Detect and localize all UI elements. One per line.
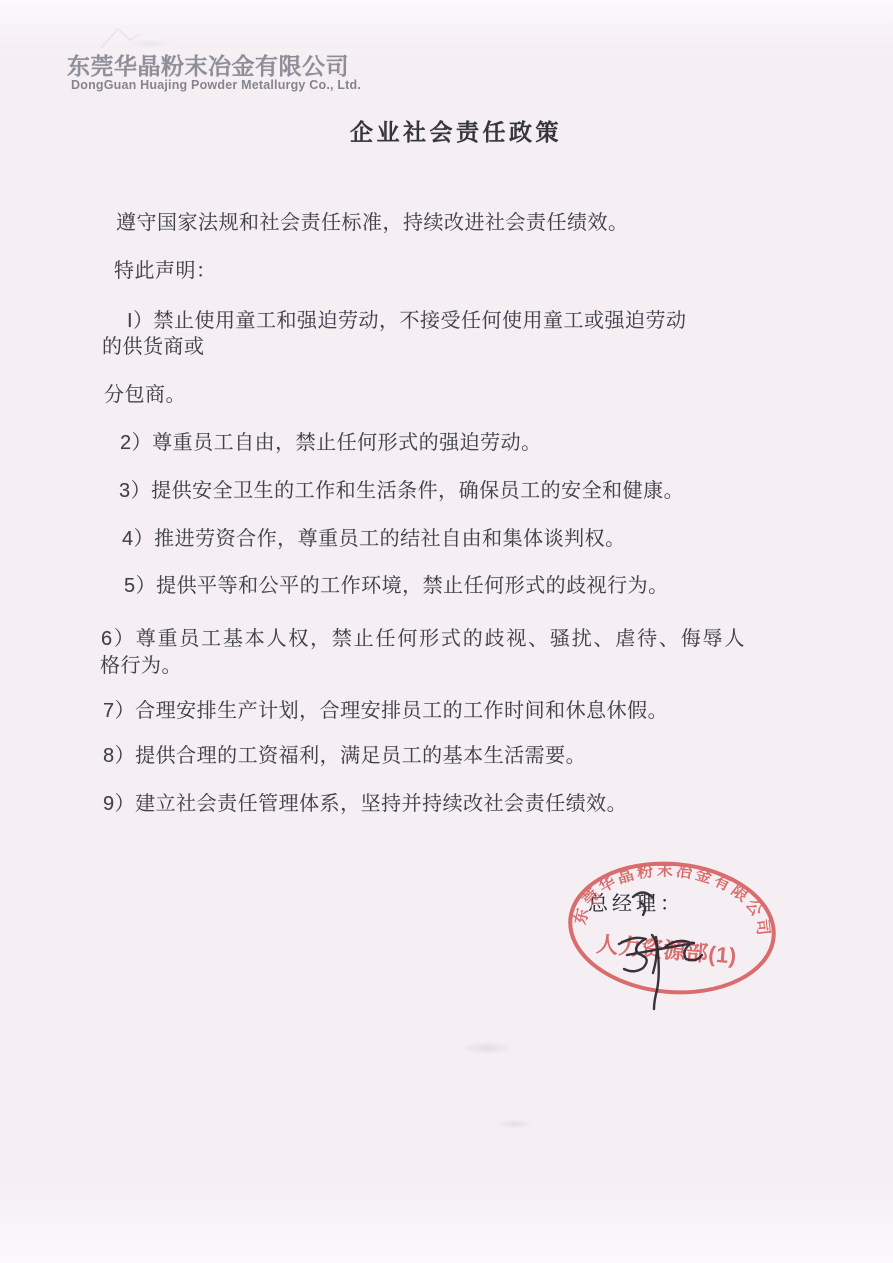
company-name-english: DongGuan Huajing Powder Metallurgy Co., …: [71, 78, 361, 92]
policy-item-4: 4）推进劳资合作，尊重员工的结社自由和集体谈判权。: [122, 527, 626, 551]
company-seal: 东莞华晶粉末冶金有限公司 人力资源部(1): [540, 838, 820, 1023]
policy-item-1-line-3: 分包商。: [104, 383, 186, 407]
policy-item-6-line-1: 6）尊重员工基本人权，禁止任何形式的歧视、骚扰、虐待、侮辱人: [101, 627, 746, 651]
policy-item-1-line-1: I）禁止使用童工和强迫劳动，不接受任何使用童工或强迫劳动: [127, 309, 687, 333]
scan-smudge: [492, 1118, 538, 1130]
policy-item-6-line-2: 格行为。: [100, 654, 182, 678]
scanned-document-page: 东莞华晶粉末冶金有限公司 DongGuan Huajing Powder Met…: [0, 0, 893, 1263]
scan-smudge: [120, 38, 180, 50]
company-name-chinese: 东莞华晶粉末冶金有限公司: [67, 48, 349, 81]
policy-item-3: 3）提供安全卫生的工作和生活条件，确保员工的安全和健康。: [119, 479, 684, 503]
seal-red-imprint: 东莞华晶粉末冶金有限公司 人力资源部(1): [565, 852, 780, 1001]
policy-item-1-line-2: 的供货商或: [102, 335, 205, 359]
seal-ring-text: 东莞华晶粉末冶金有限公司: [570, 852, 779, 942]
seal-center-text: 人力资源部(1): [595, 932, 738, 969]
policy-item-8: 8）提供合理的工资福利，满足员工的基本生活需要。: [103, 744, 586, 768]
page-title: 企业社会责任政策: [350, 114, 562, 147]
policy-declaration-line: 特此声明：: [114, 259, 217, 283]
policy-intro-line: 遵守国家法规和社会责任标准，持续改进社会责任绩效。: [116, 211, 629, 235]
policy-item-2: 2）尊重员工自由，禁止任何形式的强迫劳动。: [120, 431, 542, 455]
policy-item-9: 9）建立社会责任管理体系，坚持并持续改社会责任绩效。: [103, 792, 627, 816]
policy-item-5: 5）提供平等和公平的工作环境，禁止任何形式的歧视行为。: [124, 574, 669, 598]
scan-smudge: [452, 1040, 522, 1056]
policy-item-7: 7）合理安排生产计划，合理安排员工的工作时间和休息休假。: [103, 699, 668, 723]
